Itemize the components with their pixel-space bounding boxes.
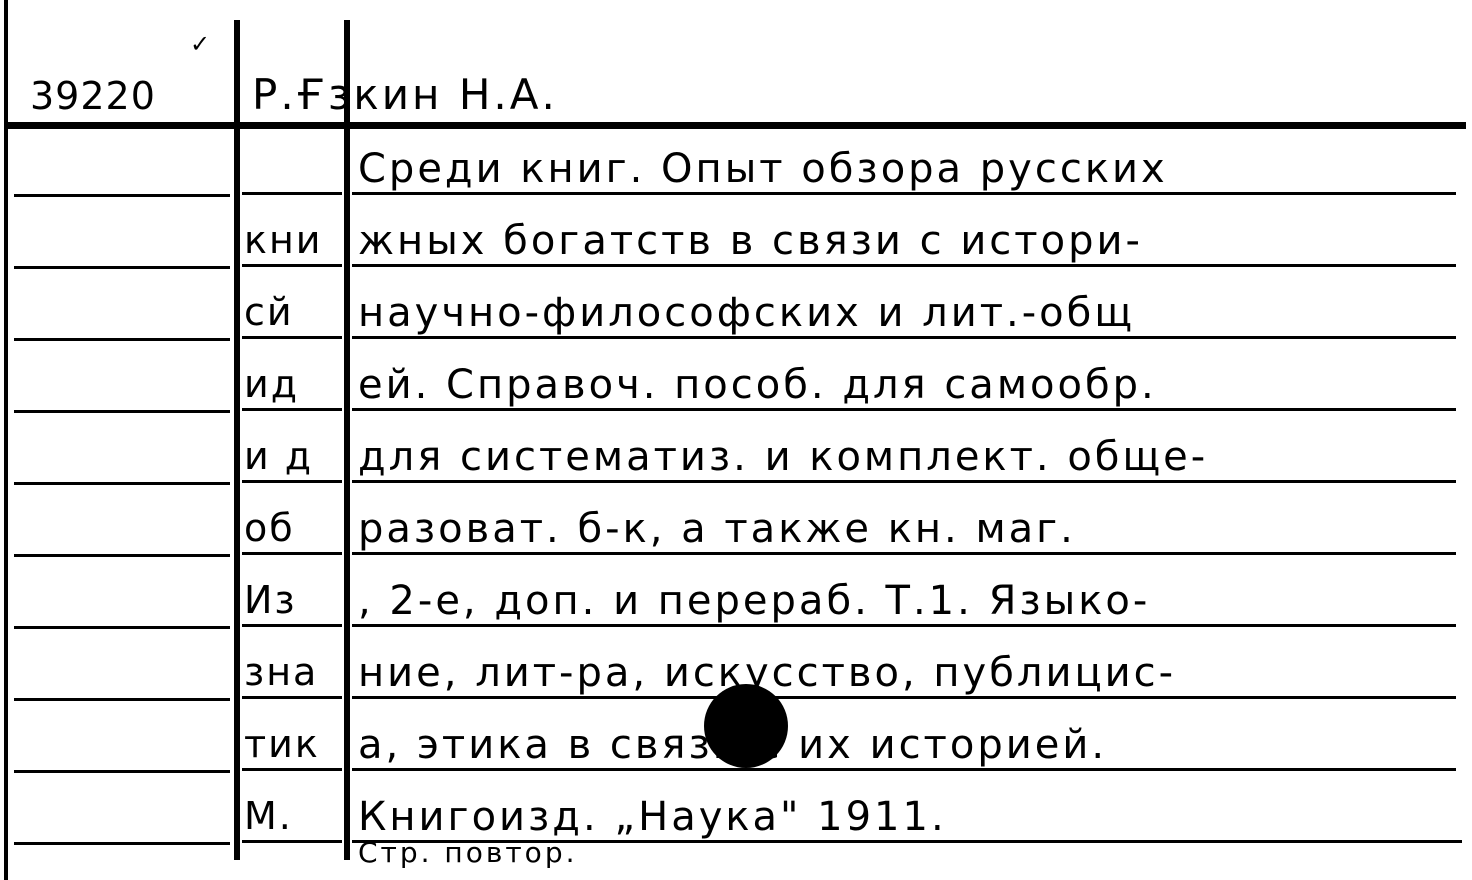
ruled-line <box>242 480 342 483</box>
side-fragment: ид <box>244 362 299 406</box>
ruled-line <box>352 264 1456 267</box>
ruled-line <box>242 264 342 267</box>
ruled-line <box>14 842 230 845</box>
description-line: , 2-е, доп. и перераб. Т.1. Языко- <box>358 578 1150 624</box>
ruled-line <box>352 480 1456 483</box>
ruled-line <box>352 624 1456 627</box>
description-line: Книгоизд. „Наука" 1911. <box>358 794 947 840</box>
side-fragment: тик <box>244 722 320 766</box>
description-line: Среди книг. Опыт обзора русских <box>358 146 1168 192</box>
side-fragment: зна <box>244 650 318 694</box>
ruled-line <box>352 696 1456 699</box>
column-rule-right <box>344 20 350 860</box>
catalog-card: 39220 ✓ Р.Ғзкин Н.А. Среди книг. Опыт об… <box>0 0 1472 880</box>
card-left-edge <box>4 0 8 880</box>
description-line: жных богатств в связи с истори- <box>358 218 1143 264</box>
punch-hole <box>704 684 788 768</box>
ruled-line <box>242 192 342 195</box>
ruled-line <box>242 408 342 411</box>
ruled-line <box>242 696 342 699</box>
ruled-line <box>14 194 230 197</box>
ruled-line <box>352 192 1456 195</box>
ruled-line <box>14 266 230 269</box>
ruled-line <box>242 768 342 771</box>
description-line: разоват. б-к, а также кн. маг. <box>358 506 1076 552</box>
repeat-note: Стр. повтор. <box>358 836 578 869</box>
description-line: научно-философских и лит.-общ <box>358 290 1135 336</box>
ruled-line <box>242 552 342 555</box>
description-line: для систематиз. и комплект. обще- <box>358 434 1208 480</box>
side-fragment: об <box>244 506 295 550</box>
side-fragment: и д <box>244 434 313 478</box>
ruled-line <box>352 552 1456 555</box>
ruled-line <box>14 626 230 629</box>
side-fragment: М. <box>244 794 293 838</box>
author-heading: Р.Ғзкин Н.А. <box>252 70 558 119</box>
ruled-line <box>352 768 1456 771</box>
side-fragment: кни <box>244 218 323 262</box>
column-rule-left <box>234 20 240 860</box>
ruled-line <box>352 336 1456 339</box>
ruled-line <box>14 482 230 485</box>
ruled-line <box>14 698 230 701</box>
ruled-line <box>14 554 230 557</box>
side-fragment: сй <box>244 290 294 334</box>
side-fragment: Из <box>244 578 297 622</box>
ruled-line <box>352 408 1456 411</box>
header-rule <box>8 122 1466 129</box>
ruled-line <box>14 338 230 341</box>
check-mark-icon: ✓ <box>190 30 212 58</box>
ruled-line <box>242 336 342 339</box>
ruled-line <box>14 410 230 413</box>
description-line: ей. Справоч. пособ. для самообр. <box>358 362 1157 408</box>
call-number: 39220 <box>30 74 156 118</box>
ruled-line <box>14 770 230 773</box>
ruled-line <box>242 840 342 843</box>
ruled-line <box>242 624 342 627</box>
